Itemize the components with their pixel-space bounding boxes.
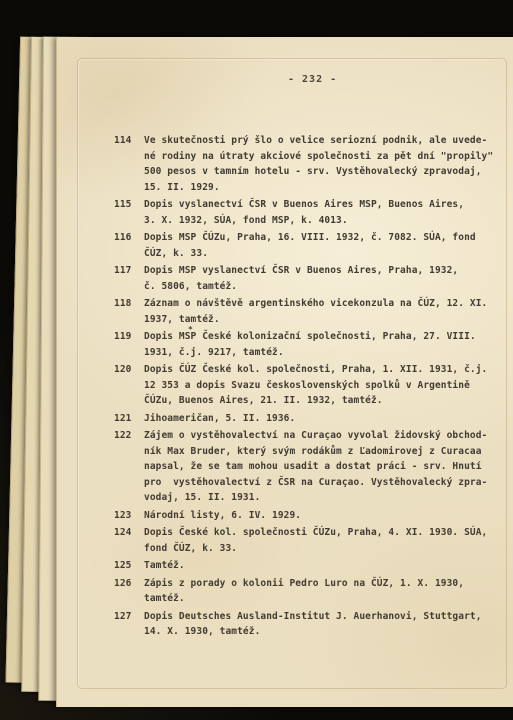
entry-text: Jihoameričan, 5. II. 1936. (144, 411, 295, 427)
entry-number: 123 (114, 508, 132, 524)
page: - 232 - 114 Ve skutečnosti prý šlo o vel… (56, 37, 513, 707)
reference-entry-117: 117 Dopis MSP vyslanectví ČSR v Buenos A… (114, 263, 486, 294)
entry-number: 127 (114, 609, 132, 640)
reference-entry-115: 115 Dopis vyslanectví ČSR v Buenos Aires… (114, 197, 486, 228)
entry-number: 117 (114, 263, 132, 294)
reference-entry-121: 121 Jihoameričan, 5. II. 1936. (114, 411, 486, 427)
entry-text: Ve skutečnosti prý šlo o velice seriozní… (144, 133, 493, 195)
page-number: - 232 - (288, 74, 337, 85)
reference-entry-120: 120 Dopis ČÚZ České kol. společnosti, Pr… (114, 362, 486, 409)
reference-entry-119: 119 Dopis MSP České kolonizační společno… (114, 329, 486, 360)
entry-number: 118 (114, 296, 132, 327)
entry-text: Záznam o návštěvě argentinského vicekonz… (144, 296, 487, 327)
reference-entry-123: 123 Národní listy, 6. IV. 1929. (114, 508, 486, 524)
book-scan: - 232 - 114 Ve skutečnosti prý šlo o vel… (0, 0, 513, 720)
reference-entry-127: 127 Dopis Deutsches Ausland-Institut J. … (114, 609, 486, 640)
typed-correction-mark: * (188, 322, 193, 338)
entry-text: Dopis ČÚZ České kol. společnosti, Praha,… (144, 362, 487, 409)
entry-text: Národní listy, 6. IV. 1929. (144, 508, 301, 524)
reference-entry-124: 124 Dopis České kol. společnosti ČÚZu, P… (114, 525, 486, 556)
entry-number: 126 (114, 576, 132, 607)
reference-entry-125: 125 Tamtéž. (114, 558, 486, 574)
entry-number: 115 (114, 197, 132, 228)
reference-list: 114 Ve skutečnosti prý šlo o velice seri… (114, 131, 486, 640)
reference-entry-118: 118 Záznam o návštěvě argentinského vice… (114, 296, 486, 327)
entry-text: Zájem o vystěhovalectví na Curaçao vyvol… (144, 428, 487, 506)
entry-number: 122 (114, 428, 132, 506)
entry-number: 125 (114, 558, 132, 574)
reference-entry-114: 114 Ve skutečnosti prý šlo o velice seri… (114, 133, 486, 195)
entry-number: 114 (114, 133, 132, 195)
entry-number: 124 (114, 525, 132, 556)
entry-text: Dopis MSP České kolonizační společnosti,… (144, 329, 476, 360)
reference-entry-126: 126 Zápis z porady o kolonii Pedro Luro … (114, 576, 486, 607)
entry-number: 119 (114, 329, 132, 360)
entry-number: 121 (114, 411, 132, 427)
entry-text: Zápis z porady o kolonii Pedro Luro na Č… (144, 576, 464, 607)
entry-text: Dopis MSP ČÚZu, Praha, 16. VIII. 1932, č… (144, 230, 476, 261)
entry-text: Dopis České kol. společnosti ČÚZu, Praha… (144, 525, 487, 556)
entry-text: Dopis Deutsches Ausland-Institut J. Auer… (144, 609, 482, 640)
entry-number: 120 (114, 362, 132, 409)
reference-entry-122: 122 Zájem o vystěhovalectví na Curaçao v… (114, 428, 486, 506)
entry-number: 116 (114, 230, 132, 261)
entry-text: Dopis vyslanectví ČSR v Buenos Aires MSP… (144, 197, 464, 228)
entry-text: Tamtéž. (144, 558, 185, 574)
reference-entry-116: 116 Dopis MSP ČÚZu, Praha, 16. VIII. 193… (114, 230, 486, 261)
entry-text: Dopis MSP vyslanectví ČSR v Buenos Aires… (144, 263, 458, 294)
